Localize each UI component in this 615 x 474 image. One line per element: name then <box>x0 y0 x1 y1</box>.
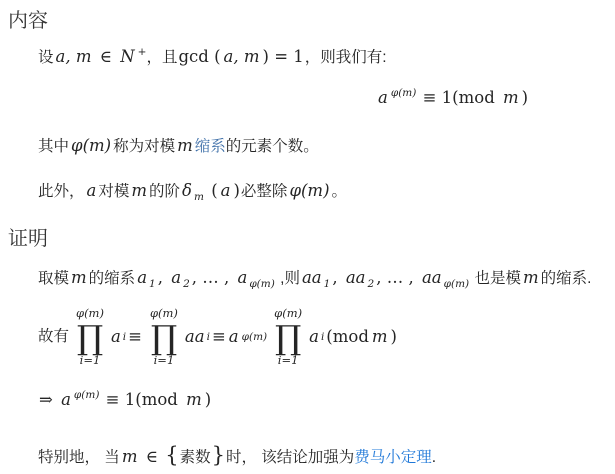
product-symbol: φ(m)∏i=1 <box>150 307 178 366</box>
curly-brace: { <box>165 443 178 467</box>
math-italic-run: N <box>120 47 134 66</box>
math-italic-run: a <box>137 268 147 287</box>
math-italic-run: a <box>87 181 97 200</box>
math-italic-run: aa <box>346 268 366 287</box>
residue-system-paragraph: 取模m的缩系a1, a2, … , aφ(m) ,则aa1, aa2, … , … <box>38 266 609 291</box>
text-run: 必整除 <box>241 183 288 200</box>
subscript: 1 <box>324 278 331 290</box>
math-roman-run: ) <box>522 88 528 107</box>
superscript: φ(m) <box>74 389 100 401</box>
text-run: 设 <box>38 49 54 66</box>
proof-section-heading: 证明 <box>8 226 609 252</box>
text-run: 也是模 <box>470 270 521 287</box>
math-italic-run: a, m <box>56 47 92 66</box>
math-roman-run: , <box>332 268 343 287</box>
text-run: ,则 <box>276 270 300 287</box>
text-run: 对模 <box>98 183 129 200</box>
content-section-heading: 内容 <box>8 8 609 34</box>
fermat-little-theorem-link[interactable]: 费马小定理 <box>354 449 432 466</box>
product-lower-limit: i=1 <box>154 354 175 367</box>
math-roman-run: , <box>158 268 169 287</box>
product-operator-glyph: ∏ <box>275 321 301 354</box>
math-roman-run: , … , <box>192 268 235 287</box>
text-run: 时， 该结论加强为 <box>226 449 354 466</box>
product-lower-limit: i=1 <box>278 354 299 367</box>
text-run: 取模 <box>38 270 69 287</box>
text-run: 的阶 <box>149 183 180 200</box>
subscript: i <box>123 332 126 343</box>
text-run: 此外， <box>38 183 85 200</box>
math-roman-run: ( <box>206 181 218 200</box>
math-roman-run: ≡ <box>212 325 226 349</box>
math-roman-run: ∈ <box>95 47 118 66</box>
reduced-residue-system-link[interactable]: 缩系 <box>195 138 226 155</box>
product-congruence-formula: 故有φ(m)∏i=1ai ≡ φ(m)∏i=1aai ≡ aφ(m)φ(m)∏i… <box>38 305 609 369</box>
product-lower-limit: i=1 <box>80 354 101 367</box>
math-italic-run: a <box>309 325 319 349</box>
math-italic-run: a <box>111 325 121 349</box>
order-divides-paragraph: 此外，a对模m的阶δm (a)必整除φ(m)。 <box>38 179 609 204</box>
math-roman-run: ) <box>391 325 397 349</box>
math-italic-run: m <box>503 88 519 107</box>
math-italic-run: m <box>177 136 193 155</box>
subscript: i <box>207 332 210 343</box>
math-roman-run: ≡ 1(mod <box>417 88 500 107</box>
subscript: i <box>321 332 324 343</box>
math-roman-run: ) <box>205 390 211 409</box>
math-roman-run: ≡ 1(mod <box>100 390 183 409</box>
text-run: . <box>432 449 436 466</box>
math-italic-run: φ(m) <box>71 136 111 155</box>
superscript: φ(m) <box>242 332 268 343</box>
text-run: 。 <box>332 183 348 200</box>
text-run: 其中 <box>38 138 69 155</box>
math-roman-run: ∈ <box>140 447 163 466</box>
math-italic-run: φ(m) <box>289 181 329 200</box>
math-italic-run: aa <box>422 268 442 287</box>
text-run: 故有 <box>38 325 69 349</box>
subscript: 2 <box>183 278 190 290</box>
subscript: 2 <box>368 278 375 290</box>
math-italic-run: a <box>237 268 247 287</box>
fermat-special-case-paragraph: 特别地， 当m ∈ {素数}时， 该结论加强为费马小定理. <box>38 443 609 470</box>
math-italic-run: a <box>378 88 388 107</box>
product-operator-glyph: ∏ <box>151 321 177 354</box>
subscript: 1 <box>149 278 156 290</box>
text-run: 的元素个数。 <box>226 138 319 155</box>
math-roman-run: ) = 1 <box>263 47 304 66</box>
math-italic-run: a, m <box>224 47 260 66</box>
math-italic-run: m <box>71 268 87 287</box>
math-italic-run: a <box>171 268 181 287</box>
math-italic-run: m <box>186 390 202 409</box>
text-run: 特别地， 当 <box>38 449 120 466</box>
math-roman-run: gcd ( <box>178 47 220 66</box>
curly-brace: } <box>212 443 225 467</box>
math-italic-run: aa <box>185 325 205 349</box>
math-italic-run: δ <box>182 181 192 200</box>
math-roman-run: ⇒ <box>39 390 58 409</box>
superscript: φ(m) <box>391 87 417 99</box>
math-italic-run: m <box>523 268 539 287</box>
math-italic-run: m <box>122 447 138 466</box>
text-run: ，则我们有: <box>305 49 387 66</box>
text-run: 的缩系 <box>89 270 136 287</box>
product-symbol: φ(m)∏i=1 <box>274 307 302 366</box>
math-italic-run: m <box>131 181 147 200</box>
math-roman-run: (mod <box>326 325 369 349</box>
math-italic-run: a <box>221 181 231 200</box>
subscript: m <box>194 191 204 203</box>
math-roman-run: ≡ <box>128 325 142 349</box>
math-italic-run: a <box>61 390 71 409</box>
math-italic-run: a <box>229 325 239 349</box>
subscript: φ(m) <box>444 278 470 290</box>
euler-theorem-equation: aφ(m) ≡ 1(mod m) <box>376 86 609 111</box>
text-run: 称为对模 <box>113 138 175 155</box>
math-italic-run: aa <box>302 268 322 287</box>
implies-conclusion-formula: ⇒ aφ(m) ≡ 1(mod m) <box>38 388 609 413</box>
math-roman-run: , … , <box>376 268 419 287</box>
text-run: 的缩系. <box>541 270 592 287</box>
product-symbol: φ(m)∏i=1 <box>76 307 104 366</box>
text-run: 素数 <box>180 449 211 466</box>
math-roman-run: ) <box>233 181 239 200</box>
math-italic-run: m <box>372 325 388 349</box>
product-operator-glyph: ∏ <box>77 321 103 354</box>
subscript: φ(m) <box>249 278 275 290</box>
setup-paragraph: 设a, m ∈ N+，且gcd (a, m) = 1，则我们有: <box>38 45 609 70</box>
text-run: ，且 <box>146 49 177 66</box>
phi-definition-paragraph: 其中φ(m)称为对模m缩系的元素个数。 <box>38 134 609 159</box>
